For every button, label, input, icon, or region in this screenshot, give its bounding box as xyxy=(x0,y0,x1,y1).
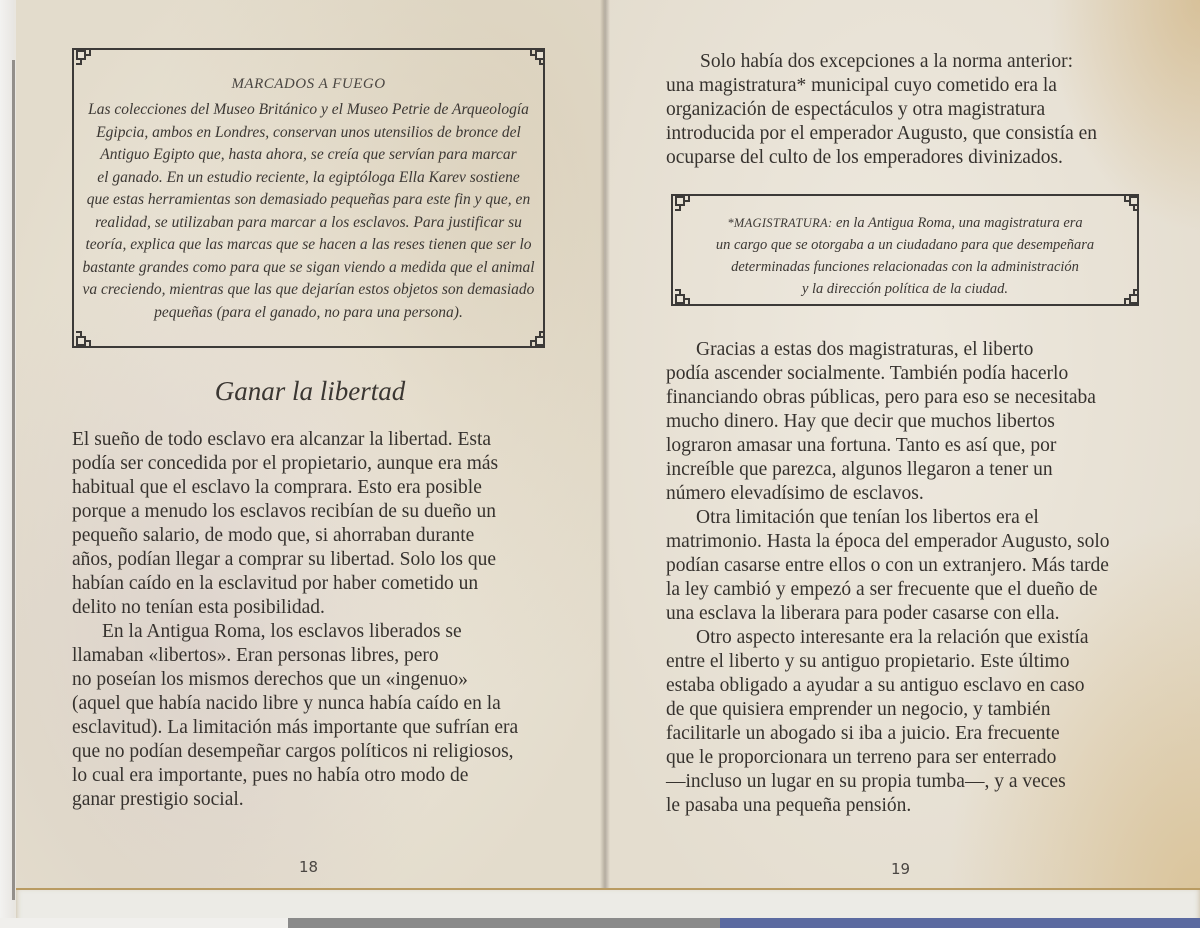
book-spread: MARCADOS A FUEGO Las colecciones del Mus… xyxy=(0,0,1200,928)
corner-ornament-icon xyxy=(523,50,545,72)
corner-ornament-icon xyxy=(523,324,545,346)
scanner-edge xyxy=(0,0,14,928)
paragraph: Gracias a estas dos magistraturas, el li… xyxy=(666,338,1110,506)
paragraph: El sueño de todo esclavo era alcanzar la… xyxy=(72,428,518,620)
sidebar-box-text: Las colecciones del Museo Británico y el… xyxy=(74,99,543,324)
sidebar-box-title: MARCADOS A FUEGO xyxy=(74,76,543,93)
footnote-term: *MAGISTRATURA: xyxy=(727,216,832,230)
paragraph: Otra limitación que tenían los libertos … xyxy=(666,506,1110,626)
left-body-text: El sueño de todo esclavo era alcanzar la… xyxy=(72,428,518,812)
corner-ornament-icon xyxy=(1117,282,1139,304)
page-number-left: 18 xyxy=(299,858,318,876)
paragraph: Solo había dos excepciones a la norma an… xyxy=(666,50,1097,170)
book-gutter xyxy=(600,0,610,905)
corner-ornament-icon xyxy=(1117,196,1139,218)
right-body-text: Gracias a estas dos magistraturas, el li… xyxy=(666,338,1110,818)
sidebar-box-marcados-a-fuego: MARCADOS A FUEGO Las colecciones del Mus… xyxy=(72,48,545,348)
corner-ornament-icon xyxy=(675,196,697,218)
paragraph: Otro aspecto interesante era la relación… xyxy=(666,626,1110,818)
page-number-right: 19 xyxy=(891,860,910,878)
footnote-text: *MAGISTRATURA: en la Antigua Roma, una m… xyxy=(673,212,1137,300)
corner-ornament-icon xyxy=(76,324,98,346)
corner-ornament-icon xyxy=(675,282,697,304)
right-intro-text: Solo había dos excepciones a la norma an… xyxy=(666,50,1097,170)
footnote-box-magistratura: *MAGISTRATURA: en la Antigua Roma, una m… xyxy=(671,194,1139,306)
corner-ornament-icon xyxy=(76,50,98,72)
paragraph: En la Antigua Roma, los esclavos liberad… xyxy=(72,620,518,812)
section-heading: Ganar la libertad xyxy=(16,376,604,407)
scanner-bottom-edge xyxy=(0,918,1200,928)
